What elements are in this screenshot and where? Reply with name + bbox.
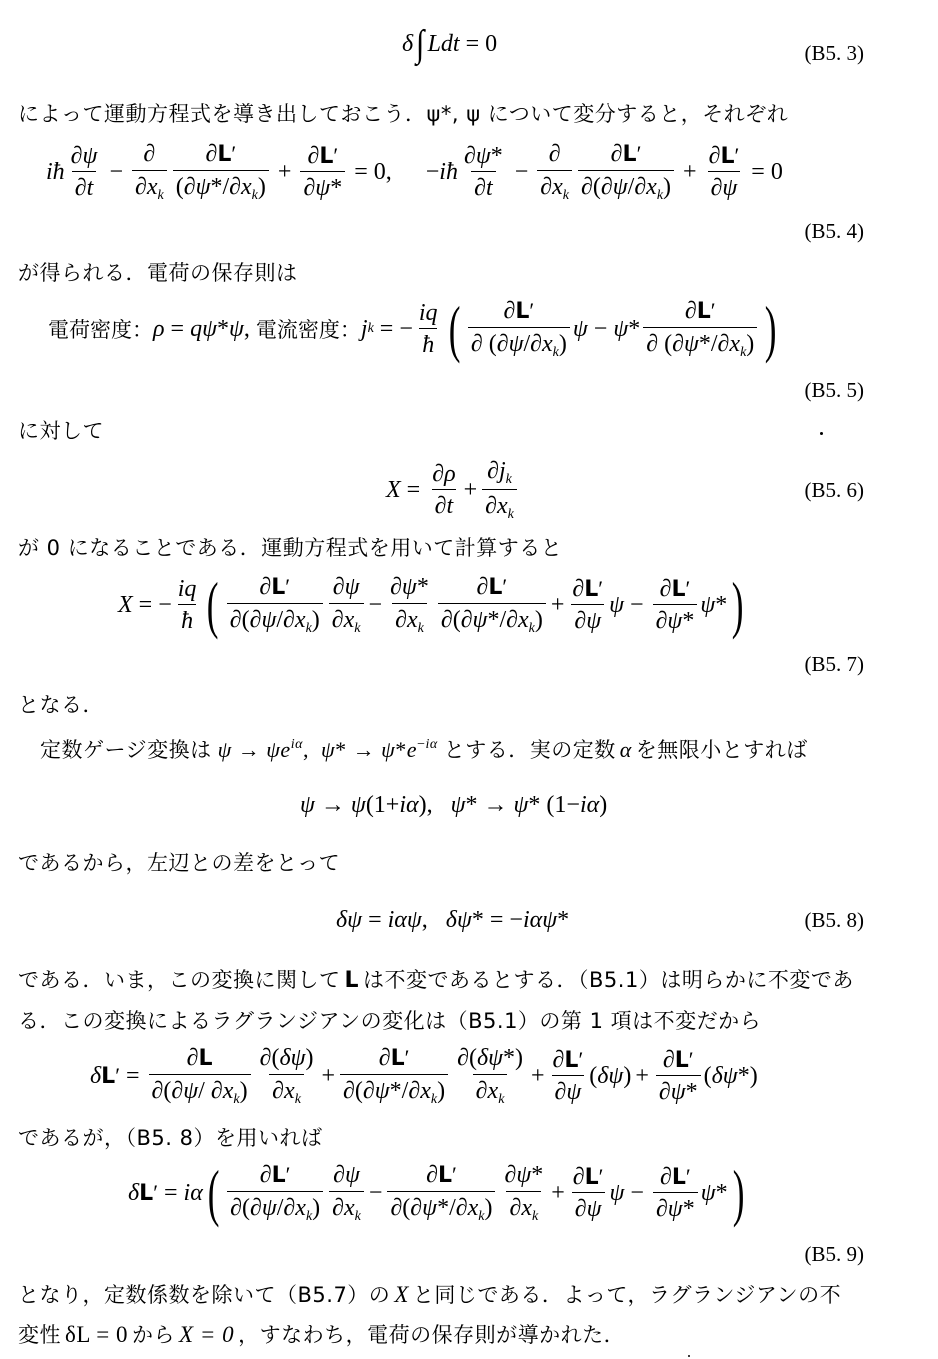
equals-zero: = 0 (466, 31, 498, 58)
equation-b5-3: δ ∫ Ldt = 0 (402, 22, 503, 66)
equation-number-b5-9: (B5. 9) (805, 1242, 865, 1267)
paragraph-becomes-zero: が 0 になることである．運動方程式を用いて計算すると (18, 535, 562, 561)
invariance-text-pre: である．いま，この変換に関して (18, 968, 341, 992)
paragraph-using-b5-8: であるが，（B5. 8）を用いれば (18, 1125, 322, 1151)
paragraph-variation-intro: によって運動方程式を導き出しておこう．ψ*, ψ について変分すると，それぞれ (18, 101, 788, 127)
paragraph-conservation-law: が得られる．電荷の保存則は (18, 260, 298, 286)
gauge-text-pre: 定数ゲージ変換は (40, 737, 212, 763)
invariance-text-post: は不変であるとする．（B5.1）は明らかに不変であ (363, 968, 854, 992)
conclusion-text-post: と同じである．よって，ラグランジアンの不 (413, 1283, 841, 1307)
conclusion2-text-post: ，すなわち，電荷の保存則が導かれた． (238, 1323, 625, 1347)
charge-density-label: 電荷密度： (48, 314, 153, 344)
alpha-symbol: α (620, 737, 632, 763)
x-symbol: X (394, 1282, 409, 1307)
delta-symbol: δ (402, 31, 413, 58)
equation-number-b5-5: (B5. 5) (805, 378, 865, 403)
equation-number-b5-7: (B5. 7) (805, 652, 865, 677)
gauge-text-post: を無限小とすれば (636, 737, 808, 763)
stray-mark-bottom (688, 1355, 690, 1357)
lagrangian-symbol: L (345, 968, 360, 993)
conclusion2-text-pre: 変性 (18, 1323, 61, 1347)
equation-delta-l-expansion: δL= ∂L∂(∂ψ/ ∂xk) ∂(δψ)∂xk + ∂L∂(∂ψ*/∂xk)… (90, 1040, 758, 1112)
equation-b5-4: iħ ∂ψ∂t − ∂∂xk ∂L(∂ψ*/∂xk) + ∂L∂ψ* = 0, … (46, 140, 789, 204)
equation-b5-6: X= ∂ρ∂t + ∂jk∂xk (386, 458, 520, 522)
paragraph-gauge-transform: 定数ゲージ変換は ψ → ψeiα, ψ* → ψ*e−iα とする．実の定数 … (40, 732, 808, 763)
paragraph-invariance: である．いま，この変換に関してLは不変であるとする．（B5.1）は明らかに不変で… (18, 967, 854, 994)
paragraph-conclusion-line1: となり，定数係数を除いて（B5.7）のXと同じである．よって，ラグランジアンの不 (18, 1282, 841, 1308)
paragraph-difference: であるから，左辺との差をとって (18, 850, 340, 876)
equation-number-b5-4: (B5. 4) (805, 219, 865, 244)
equation-number-b5-6: (B5. 6) (805, 478, 865, 503)
integral-symbol: ∫ (416, 22, 424, 66)
paragraph-result: となる． (18, 692, 104, 718)
equation-b5-7: X=− iqħ ( ∂L∂(∂ψ/∂xk) ∂ψ∂xk − ∂ψ*∂xk ∂L∂… (118, 570, 749, 640)
delta-l-zero: δL = 0 (65, 1322, 128, 1347)
equation-number-b5-3: (B5. 3) (805, 41, 865, 66)
equation-b5-8: δψ=iαψ, δψ*=−iαψ* (336, 903, 569, 937)
paragraph-for: に対して (18, 418, 104, 444)
equation-number-b5-8: (B5. 8) (805, 908, 865, 933)
paragraph-lagrangian-change: る．この変換によるラグランジアンの変化は（B5.1）の第 1 項は不変だから (18, 1008, 761, 1034)
stray-mark (820, 432, 823, 435)
equation-infinitesimal-transform: ψ → ψ (1+iα), ψ* → ψ* (1−iα) (300, 788, 607, 822)
conclusion-text-pre: となり，定数係数を除いて（B5.7）の (18, 1283, 390, 1307)
equation-b5-9: δL=iα ( ∂L∂(∂ψ/∂xk) ∂ψ∂xk − ∂L∂(∂ψ*/∂xk)… (128, 1158, 749, 1228)
conclusion2-text-mid: から (132, 1323, 175, 1347)
equation-b5-5: 電荷密度： ρ=qψ*ψ, 電流密度： jk=− iqħ ( ∂L∂ (∂ψ/∂… (48, 296, 782, 362)
current-density-label: 電流密度： (256, 314, 361, 344)
paragraph-conclusion-line2: 変性δL = 0からX = 0，すなわち，電荷の保存則が導かれた． (18, 1322, 625, 1348)
integrand: Ldt (428, 31, 460, 58)
gauge-text-mid: とする．実の定数 (444, 737, 616, 763)
x-equals-zero: X = 0 (179, 1322, 234, 1347)
